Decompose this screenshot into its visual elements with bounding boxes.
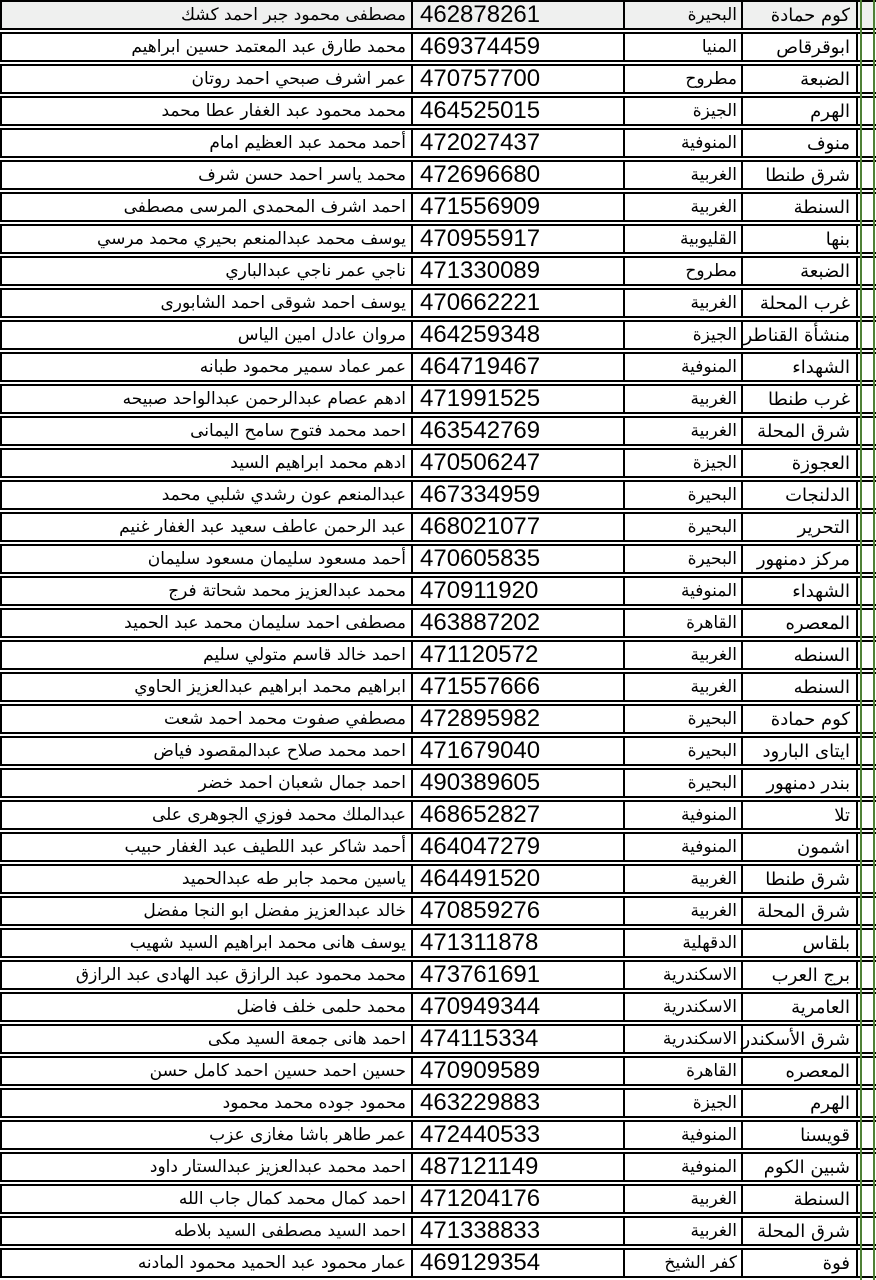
governorate-cell[interactable]: المنوفية xyxy=(625,834,743,860)
table-row: محمد ياسر احمد حسن شرف 472696680 الغربية… xyxy=(0,160,876,190)
table-row: مروان عادل امين الياس 464259348 الجيزة م… xyxy=(0,320,876,350)
district-cell[interactable]: شرق المحلة xyxy=(743,898,858,924)
full-name-cell[interactable]: يوسف احمد شوقى احمد الشابورى xyxy=(2,290,413,316)
table-row: احمد محمد صلاح عبدالمقصود فياض 471679040… xyxy=(0,736,876,766)
table-row: عبدالملك محمد فوزي الجوهرى على 468652827… xyxy=(0,800,876,830)
full-name-cell[interactable]: ياسين محمد جابر طه عبدالحميد xyxy=(2,866,413,892)
national-id-cell[interactable]: 470506247 xyxy=(413,450,625,476)
full-name-cell[interactable]: عمار محمود عبد الحميد محمود المادنه xyxy=(2,1250,413,1276)
full-name-cell[interactable]: عبدالملك محمد فوزي الجوهرى على xyxy=(2,802,413,828)
full-name-cell[interactable]: خالد عبدالعزيز مفضل ابو النجا مفضل xyxy=(2,898,413,924)
governorate-cell[interactable]: الجيزة xyxy=(625,98,743,124)
national-id-cell[interactable]: 487121149 xyxy=(413,1154,625,1180)
national-id-cell[interactable]: 474115334 xyxy=(413,1026,625,1052)
full-name-cell[interactable]: ادهم عصام عبدالرحمن عبدالواحد صبيحه xyxy=(2,386,413,412)
national-id-cell[interactable]: 471557666 xyxy=(413,674,625,700)
national-id-cell[interactable]: 462878261 xyxy=(413,2,625,28)
table-row: ناجي عمر ناجي عبدالباري 471330089 مطروح … xyxy=(0,256,876,286)
table-row: عبد الرحمن عاطف سعيد عبد الغفار غنيم 468… xyxy=(0,512,876,542)
full-name-cell[interactable]: محمد ياسر احمد حسن شرف xyxy=(2,162,413,188)
national-id-cell[interactable]: 470757700 xyxy=(413,66,625,92)
national-id-cell[interactable]: 469374459 xyxy=(413,34,625,60)
national-id-cell[interactable]: 469129354 xyxy=(413,1250,625,1276)
governorate-cell[interactable]: الجيزة xyxy=(625,450,743,476)
table-row: خالد عبدالعزيز مفضل ابو النجا مفضل 47085… xyxy=(0,896,876,926)
table-row: محمد محمود عبد الرازق عبد الهادى عبد الر… xyxy=(0,960,876,990)
table-row: يوسف هانى محمد ابراهيم السيد شهيب 471311… xyxy=(0,928,876,958)
governorate-cell[interactable]: البحيرة xyxy=(625,482,743,508)
table-row: عمر طاهر باشا مغازى عزب 472440533 المنوف… xyxy=(0,1120,876,1150)
full-name-cell[interactable]: أحمد شاكر عبد اللطيف عبد الغفار حبيب xyxy=(2,834,413,860)
full-name-cell[interactable]: أحمد مسعود سليمان مسعود سليمان xyxy=(2,546,413,572)
district-cell[interactable]: اشمون xyxy=(743,834,858,860)
governorate-cell[interactable]: المنوفية xyxy=(625,1122,743,1148)
district-cell[interactable]: العامرية xyxy=(743,994,858,1020)
governorate-cell[interactable]: الغربية xyxy=(625,1218,743,1244)
governorate-cell[interactable]: الغربية xyxy=(625,290,743,316)
national-id-cell[interactable]: 470909589 xyxy=(413,1058,625,1084)
full-name-cell[interactable]: احمد جمال شعبان احمد خضر xyxy=(2,770,413,796)
national-id-cell[interactable]: 463229883 xyxy=(413,1090,625,1116)
district-cell[interactable]: غرب طنطا xyxy=(743,386,858,412)
table-row: عمار محمود عبد الحميد محمود المادنه 4691… xyxy=(0,1248,876,1278)
governorate-cell[interactable]: المنوفية xyxy=(625,802,743,828)
full-name-cell[interactable]: أحمد محمد عبد العظيم امام xyxy=(2,130,413,156)
governorate-cell[interactable]: المنوفية xyxy=(625,130,743,156)
governorate-cell[interactable]: الغربية xyxy=(625,386,743,412)
national-id-cell[interactable]: 467334959 xyxy=(413,482,625,508)
governorate-cell[interactable]: الاسكندرية xyxy=(625,962,743,988)
district-cell[interactable]: شرق الأسكندر xyxy=(743,1026,858,1052)
table-row: أحمد شاكر عبد اللطيف عبد الغفار حبيب 464… xyxy=(0,832,876,862)
full-name-cell[interactable]: حسين احمد حسين احمد كامل حسن xyxy=(2,1058,413,1084)
national-id-cell[interactable]: 463542769 xyxy=(413,418,625,444)
district-cell[interactable]: شرق طنطا xyxy=(743,866,858,892)
full-name-cell[interactable]: عبدالمنعم عون رشدي شلبي محمد xyxy=(2,482,413,508)
full-name-cell[interactable]: ادهم محمد ابراهيم السيد xyxy=(2,450,413,476)
full-name-cell[interactable]: محمد عبدالعزيز محمد شحاتة فرج xyxy=(2,578,413,604)
full-name-cell[interactable]: احمد محمد صلاح عبدالمقصود فياض xyxy=(2,738,413,764)
governorate-cell[interactable]: المنوفية xyxy=(625,1154,743,1180)
district-cell[interactable]: السنطه xyxy=(743,674,858,700)
district-cell[interactable]: شرق المحلة xyxy=(743,418,858,444)
district-cell[interactable]: غرب المحلة xyxy=(743,290,858,316)
governorate-cell[interactable]: المنوفية xyxy=(625,354,743,380)
national-id-cell[interactable]: 473761691 xyxy=(413,962,625,988)
district-cell[interactable]: منشأة القناطر xyxy=(743,322,858,348)
governorate-cell[interactable]: البحيرة xyxy=(625,770,743,796)
table-row: محمود جوده محمد محمود 463229883 الجيزة ا… xyxy=(0,1088,876,1118)
table-row: احمد محمد فتوح سامح اليمانى 463542769 ال… xyxy=(0,416,876,446)
national-id-cell[interactable]: 470662221 xyxy=(413,290,625,316)
national-id-cell[interactable]: 471338833 xyxy=(413,1218,625,1244)
district-cell[interactable]: المعصره xyxy=(743,1058,858,1084)
district-cell[interactable]: شبين الكوم xyxy=(743,1154,858,1180)
governorate-cell[interactable]: البحيرة xyxy=(625,514,743,540)
district-cell[interactable]: كوم حمادة xyxy=(743,2,858,28)
table-row: ادهم عصام عبدالرحمن عبدالواحد صبيحه 4719… xyxy=(0,384,876,414)
full-name-cell[interactable]: محمد محمود عبد الغفار عطا محمد xyxy=(2,98,413,124)
green-gridline xyxy=(860,0,862,1280)
governorate-cell[interactable]: البحيرة xyxy=(625,738,743,764)
district-cell[interactable]: برج العرب xyxy=(743,962,858,988)
district-cell[interactable]: السنطة xyxy=(743,194,858,220)
full-name-cell[interactable]: محمود جوده محمد محمود xyxy=(2,1090,413,1116)
district-cell[interactable]: الشهداء xyxy=(743,354,858,380)
national-id-cell[interactable]: 464047279 xyxy=(413,834,625,860)
national-id-cell[interactable]: 471991525 xyxy=(413,386,625,412)
district-cell[interactable]: الدلنجات xyxy=(743,482,858,508)
district-cell[interactable]: شرق طنطا xyxy=(743,162,858,188)
governorate-cell[interactable]: القاهرة xyxy=(625,610,743,636)
district-cell[interactable]: الضبعة xyxy=(743,258,858,284)
full-name-cell[interactable]: مصطفي صفوت محمد احمد شعت xyxy=(2,706,413,732)
table-row: ياسين محمد جابر طه عبدالحميد 464491520 ا… xyxy=(0,864,876,894)
full-name-cell[interactable]: مصطفى محمود جبر احمد كشك xyxy=(2,2,413,28)
district-cell[interactable]: تلا xyxy=(743,802,858,828)
district-cell[interactable]: العجوزة xyxy=(743,450,858,476)
table-row: احمد جمال شعبان احمد خضر 490389605 البحي… xyxy=(0,768,876,798)
full-name-cell[interactable]: احمد محمد فتوح سامح اليمانى xyxy=(2,418,413,444)
national-id-cell[interactable]: 468021077 xyxy=(413,514,625,540)
district-cell[interactable]: المعصره xyxy=(743,610,858,636)
national-id-cell[interactable]: 464719467 xyxy=(413,354,625,380)
district-cell[interactable]: الضبعة xyxy=(743,66,858,92)
governorate-cell[interactable]: الاسكندرية xyxy=(625,1026,743,1052)
national-id-cell[interactable]: 472696680 xyxy=(413,162,625,188)
national-id-cell[interactable]: 490389605 xyxy=(413,770,625,796)
governorate-cell[interactable]: مطروح xyxy=(625,66,743,92)
national-id-cell[interactable]: 464491520 xyxy=(413,866,625,892)
table-row: محمد عبدالعزيز محمد شحاتة فرج 470911920 … xyxy=(0,576,876,606)
district-cell[interactable]: ابوقرقاص xyxy=(743,34,858,60)
national-id-cell[interactable]: 470955917 xyxy=(413,226,625,252)
district-cell[interactable]: السنطة xyxy=(743,1186,858,1212)
national-id-cell[interactable]: 468652827 xyxy=(413,802,625,828)
table-row: احمد محمد عبدالعزيز عبدالستار داود 48712… xyxy=(0,1152,876,1182)
governorate-cell[interactable]: الغربية xyxy=(625,898,743,924)
governorate-cell[interactable]: البحيرة xyxy=(625,2,743,28)
table-row: عمر عماد سمير محمود طبانه 464719467 المن… xyxy=(0,352,876,382)
table-row: احمد خالد قاسم متولي سليم 471120572 الغر… xyxy=(0,640,876,670)
table-row: عمر اشرف صبحي احمد روتان 470757700 مطروح… xyxy=(0,64,876,94)
full-name-cell[interactable]: محمد حلمى خلف فاضل xyxy=(2,994,413,1020)
full-name-cell[interactable]: محمد محمود عبد الرازق عبد الهادى عبد الر… xyxy=(2,962,413,988)
governorate-cell[interactable]: الجيزة xyxy=(625,1090,743,1116)
governorate-cell[interactable]: الغربية xyxy=(625,162,743,188)
national-id-cell[interactable]: 464525015 xyxy=(413,98,625,124)
governorate-cell[interactable]: الغربية xyxy=(625,674,743,700)
full-name-cell[interactable]: احمد خالد قاسم متولي سليم xyxy=(2,642,413,668)
table-row: مصطفى احمد سليمان محمد عبد الحميد 463887… xyxy=(0,608,876,638)
district-cell[interactable]: شرق المحلة xyxy=(743,1218,858,1244)
table-row: ادهم محمد ابراهيم السيد 470506247 الجيزة… xyxy=(0,448,876,478)
governorate-cell[interactable]: الغربية xyxy=(625,418,743,444)
governorate-cell[interactable]: الجيزة xyxy=(625,322,743,348)
district-cell[interactable]: كوم حمادة xyxy=(743,706,858,732)
governorate-cell[interactable]: القاهرة xyxy=(625,1058,743,1084)
district-cell[interactable]: بنها xyxy=(743,226,858,252)
national-id-cell[interactable]: 471204176 xyxy=(413,1186,625,1212)
national-id-cell[interactable]: 471120572 xyxy=(413,642,625,668)
district-cell[interactable]: منوف xyxy=(743,130,858,156)
governorate-cell[interactable]: الغربية xyxy=(625,194,743,220)
table-row: مصطفي صفوت محمد احمد شعت 472895982 البحي… xyxy=(0,704,876,734)
full-name-cell[interactable]: احمد كمال محمد كمال جاب الله xyxy=(2,1186,413,1212)
table-row: يوسف احمد شوقى احمد الشابورى 470662221 ا… xyxy=(0,288,876,318)
full-name-cell[interactable]: عمر اشرف صبحي احمد روتان xyxy=(2,66,413,92)
district-cell[interactable]: مركز دمنهور xyxy=(743,546,858,572)
governorate-cell[interactable]: الغربية xyxy=(625,1186,743,1212)
table-row: احمد السيد مصطفى السيد بلاطه 471338833 ا… xyxy=(0,1216,876,1246)
district-cell[interactable]: فوة xyxy=(743,1250,858,1276)
full-name-cell[interactable]: مصطفى احمد سليمان محمد عبد الحميد xyxy=(2,610,413,636)
district-cell[interactable]: الشهداء xyxy=(743,578,858,604)
full-name-cell[interactable]: احمد اشرف المحمدى المرسى مصطفى xyxy=(2,194,413,220)
full-name-cell[interactable]: عمر عماد سمير محمود طبانه xyxy=(2,354,413,380)
table-row: محمد طارق عبد المعتمد حسين ابراهيم 46937… xyxy=(0,32,876,62)
table-row: محمد حلمى خلف فاضل 470949344 الاسكندرية … xyxy=(0,992,876,1022)
national-id-cell[interactable]: 463887202 xyxy=(413,610,625,636)
national-id-cell[interactable]: 471330089 xyxy=(413,258,625,284)
governorate-cell[interactable]: الغربية xyxy=(625,642,743,668)
table-row: مصطفى محمود جبر احمد كشك 462878261 البحي… xyxy=(0,0,876,30)
national-id-cell[interactable]: 472440533 xyxy=(413,1122,625,1148)
full-name-cell[interactable]: احمد محمد عبدالعزيز عبدالستار داود xyxy=(2,1154,413,1180)
full-name-cell[interactable]: ناجي عمر ناجي عبدالباري xyxy=(2,258,413,284)
table-row: أحمد مسعود سليمان مسعود سليمان 470605835… xyxy=(0,544,876,574)
full-name-cell[interactable]: محمد طارق عبد المعتمد حسين ابراهيم xyxy=(2,34,413,60)
governorate-cell[interactable]: المنوفية xyxy=(625,578,743,604)
district-cell[interactable]: التحرير xyxy=(743,514,858,540)
full-name-cell[interactable]: احمد هانى جمعة السيد مكى xyxy=(2,1026,413,1052)
governorate-cell[interactable]: كفر الشيخ xyxy=(625,1250,743,1276)
full-name-cell[interactable]: احمد السيد مصطفى السيد بلاطه xyxy=(2,1218,413,1244)
national-id-cell[interactable]: 472027437 xyxy=(413,130,625,156)
full-name-cell[interactable]: يوسف هانى محمد ابراهيم السيد شهيب xyxy=(2,930,413,956)
district-cell[interactable]: السنطه xyxy=(743,642,858,668)
national-id-cell[interactable]: 464259348 xyxy=(413,322,625,348)
full-name-cell[interactable]: يوسف محمد عبدالمنعم بحيري محمد مرسي xyxy=(2,226,413,252)
table-row: حسين احمد حسين احمد كامل حسن 470909589 ا… xyxy=(0,1056,876,1086)
green-gridline xyxy=(873,0,875,1280)
spreadsheet-table: مصطفى محمود جبر احمد كشك 462878261 البحي… xyxy=(0,0,876,1280)
governorate-cell[interactable]: القليوبية xyxy=(625,226,743,252)
district-cell[interactable]: قويسنا xyxy=(743,1122,858,1148)
table-rows-container: مصطفى محمود جبر احمد كشك 462878261 البحي… xyxy=(0,0,876,1278)
district-cell[interactable]: بندر دمنهور xyxy=(743,770,858,796)
governorate-cell[interactable]: الغربية xyxy=(625,866,743,892)
table-row: احمد اشرف المحمدى المرسى مصطفى 471556909… xyxy=(0,192,876,222)
governorate-cell[interactable]: مطروح xyxy=(625,258,743,284)
full-name-cell[interactable]: عبد الرحمن عاطف سعيد عبد الغفار غنيم xyxy=(2,514,413,540)
national-id-cell[interactable]: 471679040 xyxy=(413,738,625,764)
table-row: ابراهيم محمد ابراهيم عبدالعزيز الحاوي 47… xyxy=(0,672,876,702)
national-id-cell[interactable]: 470859276 xyxy=(413,898,625,924)
national-id-cell[interactable]: 471311878 xyxy=(413,930,625,956)
national-id-cell[interactable]: 470949344 xyxy=(413,994,625,1020)
governorate-cell[interactable]: المنيا xyxy=(625,34,743,60)
national-id-cell[interactable]: 472895982 xyxy=(413,706,625,732)
table-row: احمد هانى جمعة السيد مكى 474115334 الاسك… xyxy=(0,1024,876,1054)
district-cell[interactable]: بلقاس xyxy=(743,930,858,956)
national-id-cell[interactable]: 470605835 xyxy=(413,546,625,572)
governorate-cell[interactable]: الاسكندرية xyxy=(625,994,743,1020)
governorate-cell[interactable]: الدقهلية xyxy=(625,930,743,956)
table-row: احمد كمال محمد كمال جاب الله 471204176 ا… xyxy=(0,1184,876,1214)
table-row: محمد محمود عبد الغفار عطا محمد 464525015… xyxy=(0,96,876,126)
district-cell[interactable]: ايتاى البارود xyxy=(743,738,858,764)
national-id-cell[interactable]: 471556909 xyxy=(413,194,625,220)
full-name-cell[interactable]: ابراهيم محمد ابراهيم عبدالعزيز الحاوي xyxy=(2,674,413,700)
governorate-cell[interactable]: البحيرة xyxy=(625,706,743,732)
district-cell[interactable]: الهرم xyxy=(743,1090,858,1116)
full-name-cell[interactable]: مروان عادل امين الياس xyxy=(2,322,413,348)
governorate-cell[interactable]: البحيرة xyxy=(625,546,743,572)
table-row: أحمد محمد عبد العظيم امام 472027437 المن… xyxy=(0,128,876,158)
table-row: عبدالمنعم عون رشدي شلبي محمد 467334959 ا… xyxy=(0,480,876,510)
full-name-cell[interactable]: عمر طاهر باشا مغازى عزب xyxy=(2,1122,413,1148)
table-row: يوسف محمد عبدالمنعم بحيري محمد مرسي 4709… xyxy=(0,224,876,254)
district-cell[interactable]: الهرم xyxy=(743,98,858,124)
national-id-cell[interactable]: 470911920 xyxy=(413,578,625,604)
